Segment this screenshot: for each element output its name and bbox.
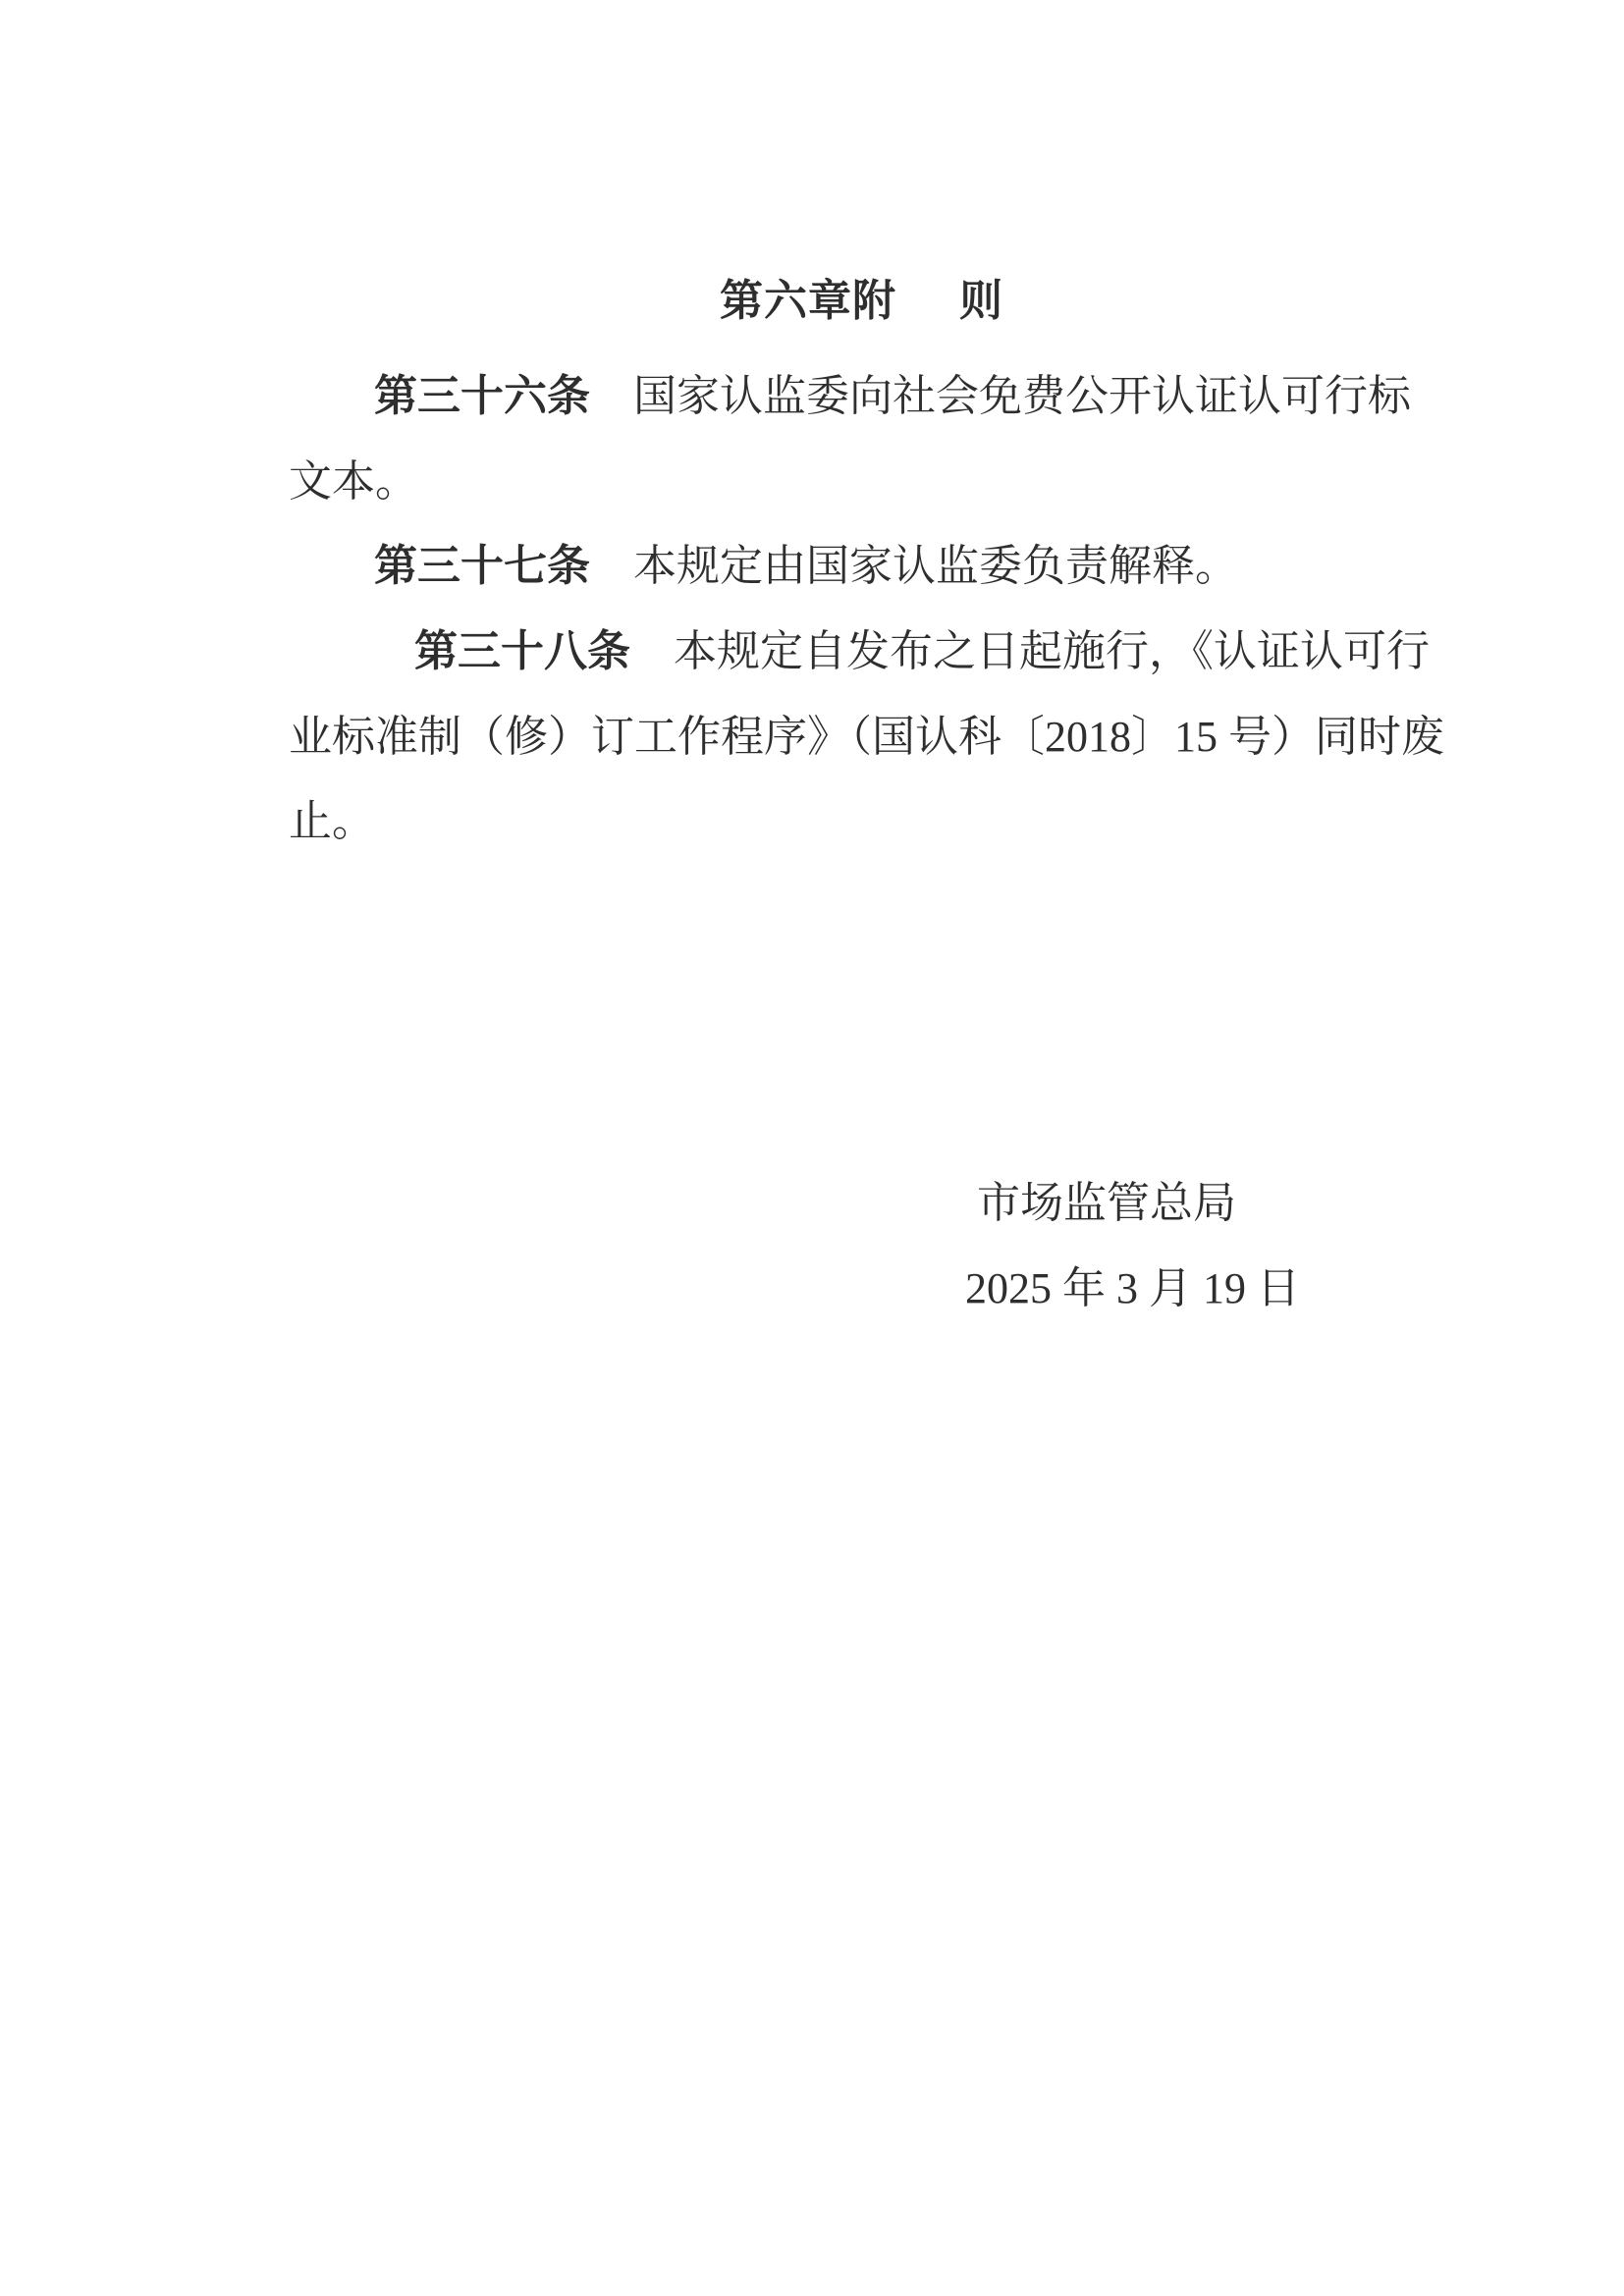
signature-date: 2025 年 3 月 19 日 [965, 1266, 1300, 1311]
line-text: 本规定由国家认监委负责解释。 [590, 542, 1238, 590]
document-page: 第六章附则 第三十六条 国家认监委向社会免费公开认证认可行标 文本。 第三十七条… [0, 0, 1624, 2296]
chapter-heading-prefix: 第六章附 [720, 277, 896, 325]
article-number: 第三十七条 [374, 542, 590, 590]
line-text: 国家认监委向社会免费公开认证认可行标 [590, 372, 1411, 420]
body-line: 第三十六条 国家认监委向社会免费公开认证认可行标 [331, 329, 1411, 464]
line-text: 业标准制（修）订工作程序》（国认科〔2018〕15 号）同时废 [289, 713, 1444, 761]
line-text: 本规定自发布之日起施行，《认证认可行 [630, 627, 1430, 675]
article-number: 第三十八条 [414, 627, 630, 675]
body-line: 止。 [245, 754, 375, 889]
line-text: 止。 [289, 797, 375, 845]
article-number: 第三十六条 [374, 372, 590, 420]
signature-organization: 市场监管总局 [977, 1181, 1236, 1226]
chapter-heading-suffix: 则 [959, 277, 1003, 325]
body-line: 业标准制（修）订工作程序》（国认科〔2018〕15 号）同时废 [245, 669, 1444, 805]
